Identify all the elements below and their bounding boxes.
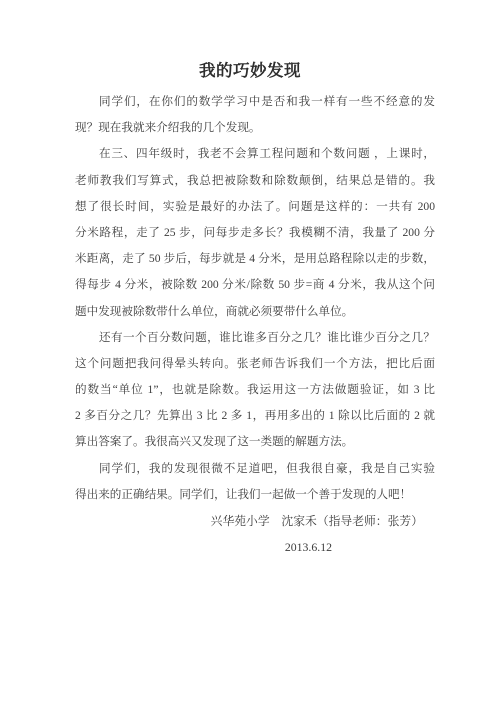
text-line: 米距离，走了 50 步后，每步就是 4 分米，是用总路程除以走的步数，	[75, 246, 435, 272]
document-page: 我的巧妙发现 同学们，在你们的数学学习中是否和我一样有一些不经意的发现？现在我就…	[0, 0, 500, 708]
text-line: 2 多百分之几？先算出 3 比 2 多 1，再用多出的 1 除以比后面的 2 就	[75, 403, 435, 429]
text-line: 还有一个百分数问题，谁比谁多百分之几？谁比谁少百分之几？	[75, 325, 435, 351]
text-line: 老师教我们写算式，我总把被除数和除数颠倒，结果总是错的。我	[75, 168, 435, 194]
text-line: 得每步 4 分米，被除数 200 分米/除数 50 步=商 4 分米，我从这个问	[75, 272, 435, 298]
text-line: 想了很长时间，实验是最好的办法了。问题是这样的：一共有 200	[75, 194, 435, 220]
text-line: 同学们，在你们的数学学习中是否和我一样有一些不经意的发	[75, 89, 435, 115]
essay-body: 同学们，在你们的数学学习中是否和我一样有一些不经意的发现？现在我就来介绍我的几个…	[75, 89, 435, 508]
text-line: 算出答案了。我很高兴又发现了这一类题的解题方法。	[75, 429, 435, 455]
text-line: 同学们，我的发现很微不足道吧，但我很自豪，我是自己实验	[75, 456, 435, 482]
text-line: 这个问题把我问得晕头转向。张老师告诉我们一个方法，把比后面	[75, 351, 435, 377]
text-line: 题中发现被除数带什么单位，商就必须要带什么单位。	[75, 299, 435, 325]
text-line: 的数当“单位 1”，也就是除数。我运用这一方法做题验证，如 3 比	[75, 377, 435, 403]
signature-line: 兴华苑小学 沈家禾（指导老师：张芳）	[75, 508, 435, 534]
essay-title: 我的巧妙发现	[0, 58, 500, 84]
text-line: 现？现在我就来介绍我的几个发现。	[75, 115, 435, 141]
text-line: 分米路程，走了 25 步，问每步走多长？我模糊不清，我量了 200 分	[75, 220, 435, 246]
text-line: 得出来的正确结果。同学们，让我们一起做一个善于发现的人吧！	[75, 482, 435, 508]
date-line: 2013.6.12	[75, 534, 435, 560]
text-line: 在三、四年级时，我老不会算工程问题和个数问题 ，上课时，	[75, 141, 435, 167]
